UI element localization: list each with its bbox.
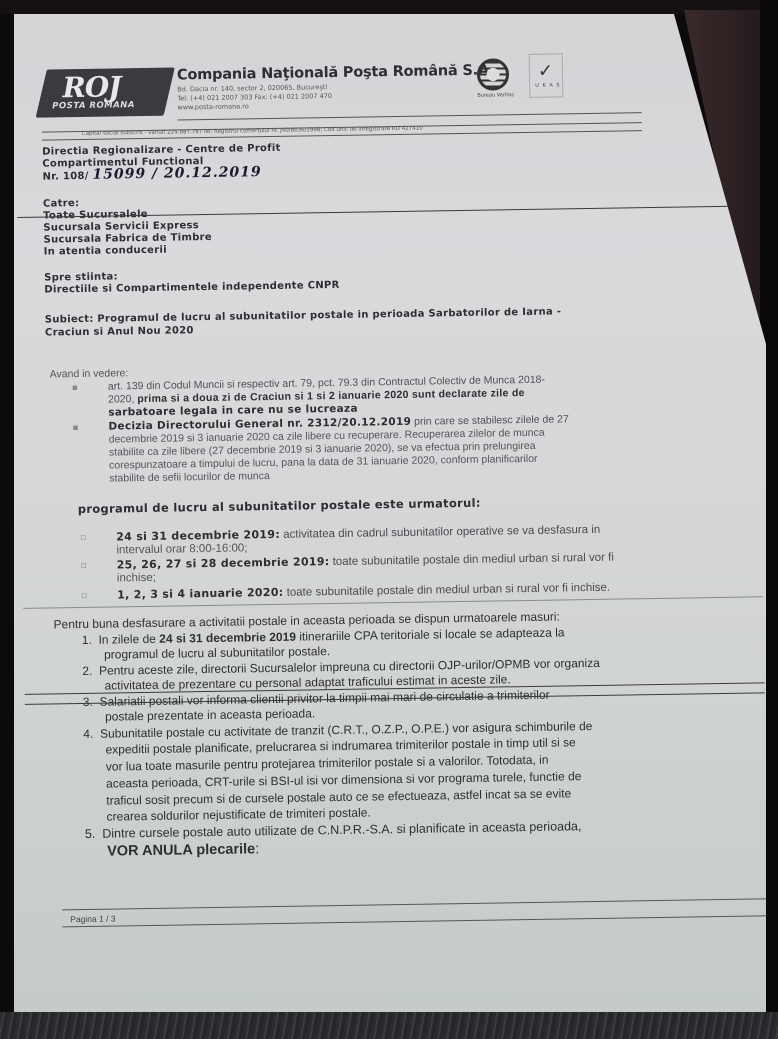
cert1-label: Bureau Veritas	[477, 92, 514, 99]
schedule-text: activitatea din cadrul subunitatilor ope…	[280, 524, 600, 541]
subject-line: Craciun si Anul Nou 2020	[45, 324, 194, 339]
schedule-date: 25, 26, 27 si 28 decembrie 2019:	[117, 555, 330, 571]
line-text: prin care se stabilesc zilele de 27	[411, 413, 569, 427]
measure-text: itinerariile CPA teritoriale si locale s…	[296, 625, 565, 643]
registration-number: Nr. 108/ 15099 / 20.12.2019	[42, 166, 261, 183]
schedule-date: 24 si 31 decembrie 2019:	[116, 528, 280, 544]
measure-number: 2.	[82, 664, 92, 678]
bullet-icon: ▫	[81, 561, 87, 571]
considerations-label: Avand in vedere:	[50, 367, 129, 381]
recipient-item: In atentia conducerii	[44, 244, 167, 259]
bullet-icon: ▪	[72, 423, 78, 433]
photo-background-top	[0, 0, 778, 14]
schedule-heading: programul de lucru al subunitatilor post…	[78, 497, 481, 516]
checkmark-crown-icon: ✓	[538, 61, 553, 82]
company-name: Compania Naţională Poşta Română S.A.	[177, 62, 495, 83]
measure-number: 5.	[85, 827, 96, 841]
posta-romana-logo: ROJ POSTA ROMANA	[36, 67, 175, 117]
logo-mark: ROJ	[62, 70, 120, 104]
bullet-icon: ▫	[80, 533, 86, 543]
measure-text: In zilele de	[98, 632, 159, 647]
page-number: Pagina 1 / 3	[70, 913, 116, 927]
registration-prefix: Nr. 108/	[42, 171, 88, 183]
company-website: www.posta-romana.ro	[177, 102, 248, 111]
consideration-line: stabilite de sefii locurilor de munca	[109, 470, 270, 486]
letterhead: ROJ POSTA ROMANA Compania Naţională Poşt…	[41, 60, 652, 140]
photo-background-table	[0, 1012, 778, 1039]
measure-number: 4.	[83, 727, 93, 741]
schedule-text: toate subunitatile postale din mediul ur…	[283, 582, 610, 599]
line-bold-text: sarbatoare legala in care nu se lucreaza	[108, 403, 358, 419]
line-text: 2020,	[108, 393, 137, 405]
bullet-icon: ▫	[81, 591, 87, 601]
measure-item-cont: VOR ANULA plecarile:	[107, 842, 259, 859]
document-page: ROJ POSTA ROMANA Compania Naţională Poşt…	[14, 14, 766, 1012]
schedule-item-cont: inchise;	[117, 572, 156, 586]
company-phone-fax: Tel: (+4) 021 2007 303 Fax: (+4) 021 200…	[177, 92, 332, 102]
schedule-item-cont: intervalul orar 8:00-16:00;	[116, 542, 247, 557]
measure-bold: VOR ANULA plecarile	[107, 841, 255, 859]
bullet-icon: ▪	[72, 383, 78, 393]
letterhead-rule	[178, 112, 642, 120]
handwritten-number-date: 15099 / 20.12.2019	[92, 164, 261, 183]
measure-bold: 24 si 31 decembrie 2019	[159, 630, 296, 646]
measure-item-cont: crearea soldurilor nejustificate de trim…	[107, 805, 371, 824]
logo-text: POSTA ROMANA	[52, 100, 135, 111]
measure-number: 1.	[82, 633, 92, 647]
footer-rule	[62, 915, 766, 927]
schedule-date: 1, 2, 3 si 4 ianuarie 2020:	[117, 586, 284, 602]
ukas-certification-icon: ✓ U K A S	[529, 53, 564, 98]
cert2-label: U K A S	[535, 82, 560, 88]
footer-rule	[62, 898, 766, 910]
measure-text: :	[255, 841, 259, 857]
schedule-text: toate subunitatile postale din mediul ur…	[329, 552, 614, 568]
subject-line: Subiect: Programul de lucru al subunitat…	[45, 305, 562, 326]
globe-certification-icon	[477, 58, 509, 90]
measure-item-cont: postale prezentate in aceasta perioada.	[105, 706, 315, 724]
schedule-item: 24 si 31 decembrie 2019: activitatea din…	[116, 523, 600, 545]
